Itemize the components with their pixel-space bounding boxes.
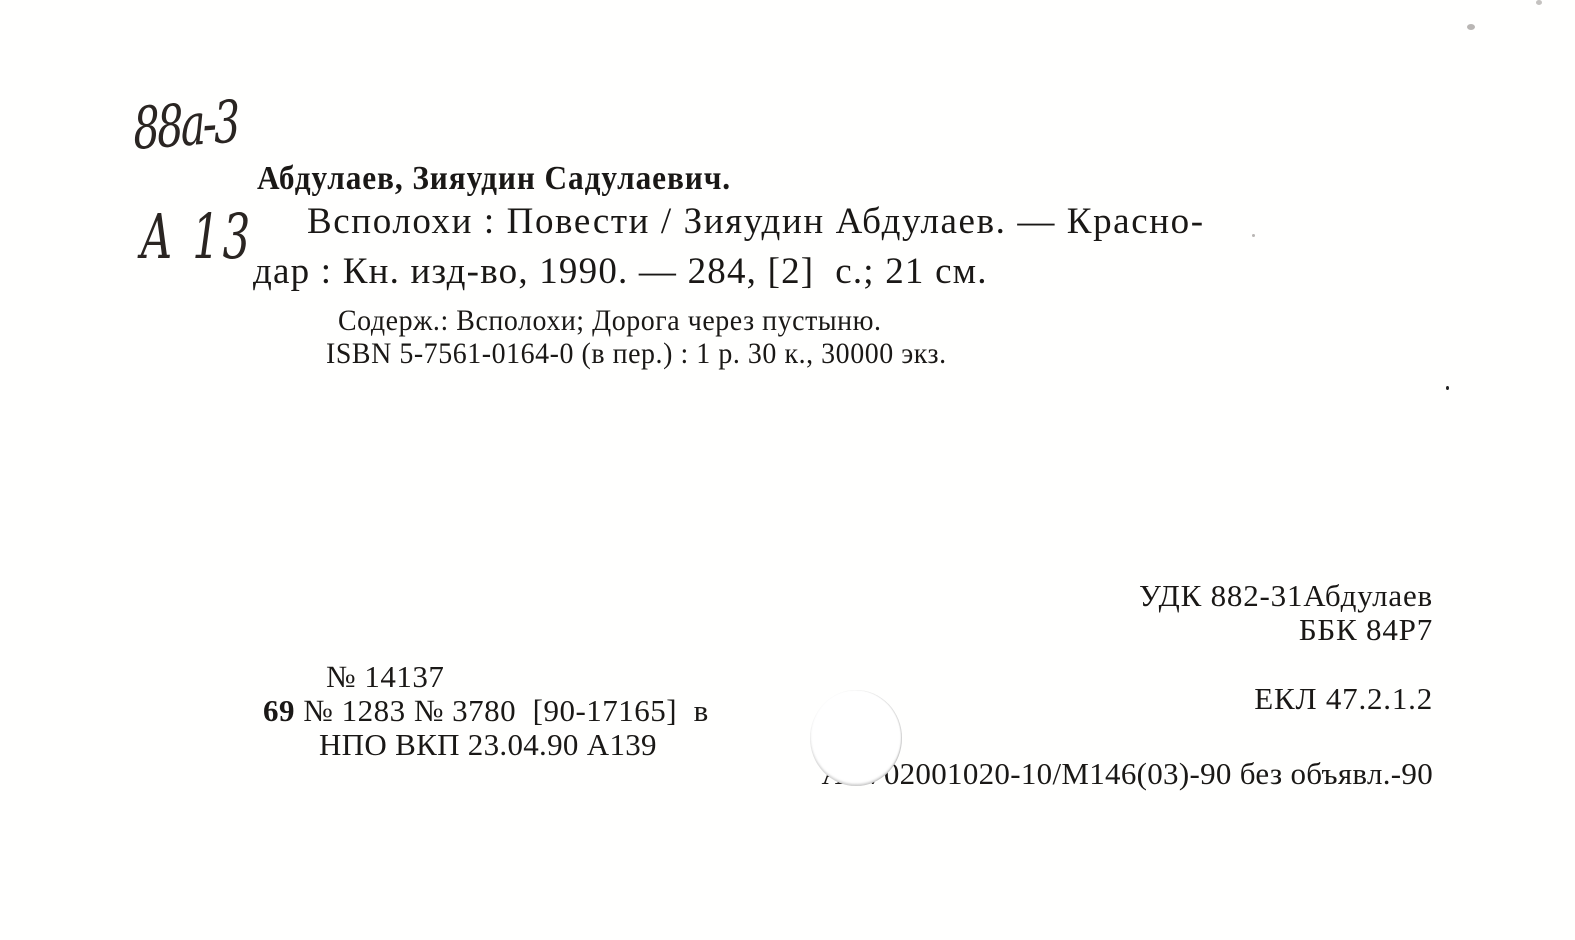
paper-speck xyxy=(1446,386,1449,390)
handwritten-shelf-mark: 88а-3 xyxy=(132,87,239,162)
isbn-line: ISBN 5-7561-0164-0 (в пер.) : 1 р. 30 к.… xyxy=(326,337,947,371)
paper-speck xyxy=(1467,24,1475,30)
author-heading: Абдулаев, Зияудин Садулаевич. xyxy=(257,160,731,198)
paper-speck xyxy=(1536,0,1542,5)
ekl-code: ЕКЛ 47.2.1.2 xyxy=(1254,681,1433,717)
title-statement-line-1: Всполохи : Повести / Зияудин Абдулаев. —… xyxy=(307,200,1205,243)
order-line: 69 № 1283 № 3780 [90-17165] в xyxy=(263,693,709,729)
order-prefix: 69 xyxy=(263,693,295,728)
npo-line: НПО ВКП 23.04.90 А139 xyxy=(319,727,657,763)
catalog-card: 88а-3 А 13 Абдулаев, Зияудин Садулаевич.… xyxy=(0,0,1575,940)
paper-speck xyxy=(1252,234,1255,237)
punch-hole xyxy=(810,690,902,786)
handwritten-author-mark: А 13 xyxy=(140,200,253,273)
card-number: № 14137 xyxy=(326,659,444,695)
order-text: № 1283 № 3780 [90-17165] в xyxy=(295,693,709,728)
bbk-code: ББК 84Р7 xyxy=(1299,612,1433,648)
publication-code: А 4702001020-10/М146(03)-90 без объявл.-… xyxy=(821,756,1433,792)
udk-code: УДК 882-31Абдулаев xyxy=(1139,578,1433,614)
contents-note: Содерж.: Всполохи; Дорога через пустыню. xyxy=(338,304,882,338)
title-statement-line-2: дар : Кн. изд-во, 1990. — 284, [2] с.; 2… xyxy=(253,250,988,293)
